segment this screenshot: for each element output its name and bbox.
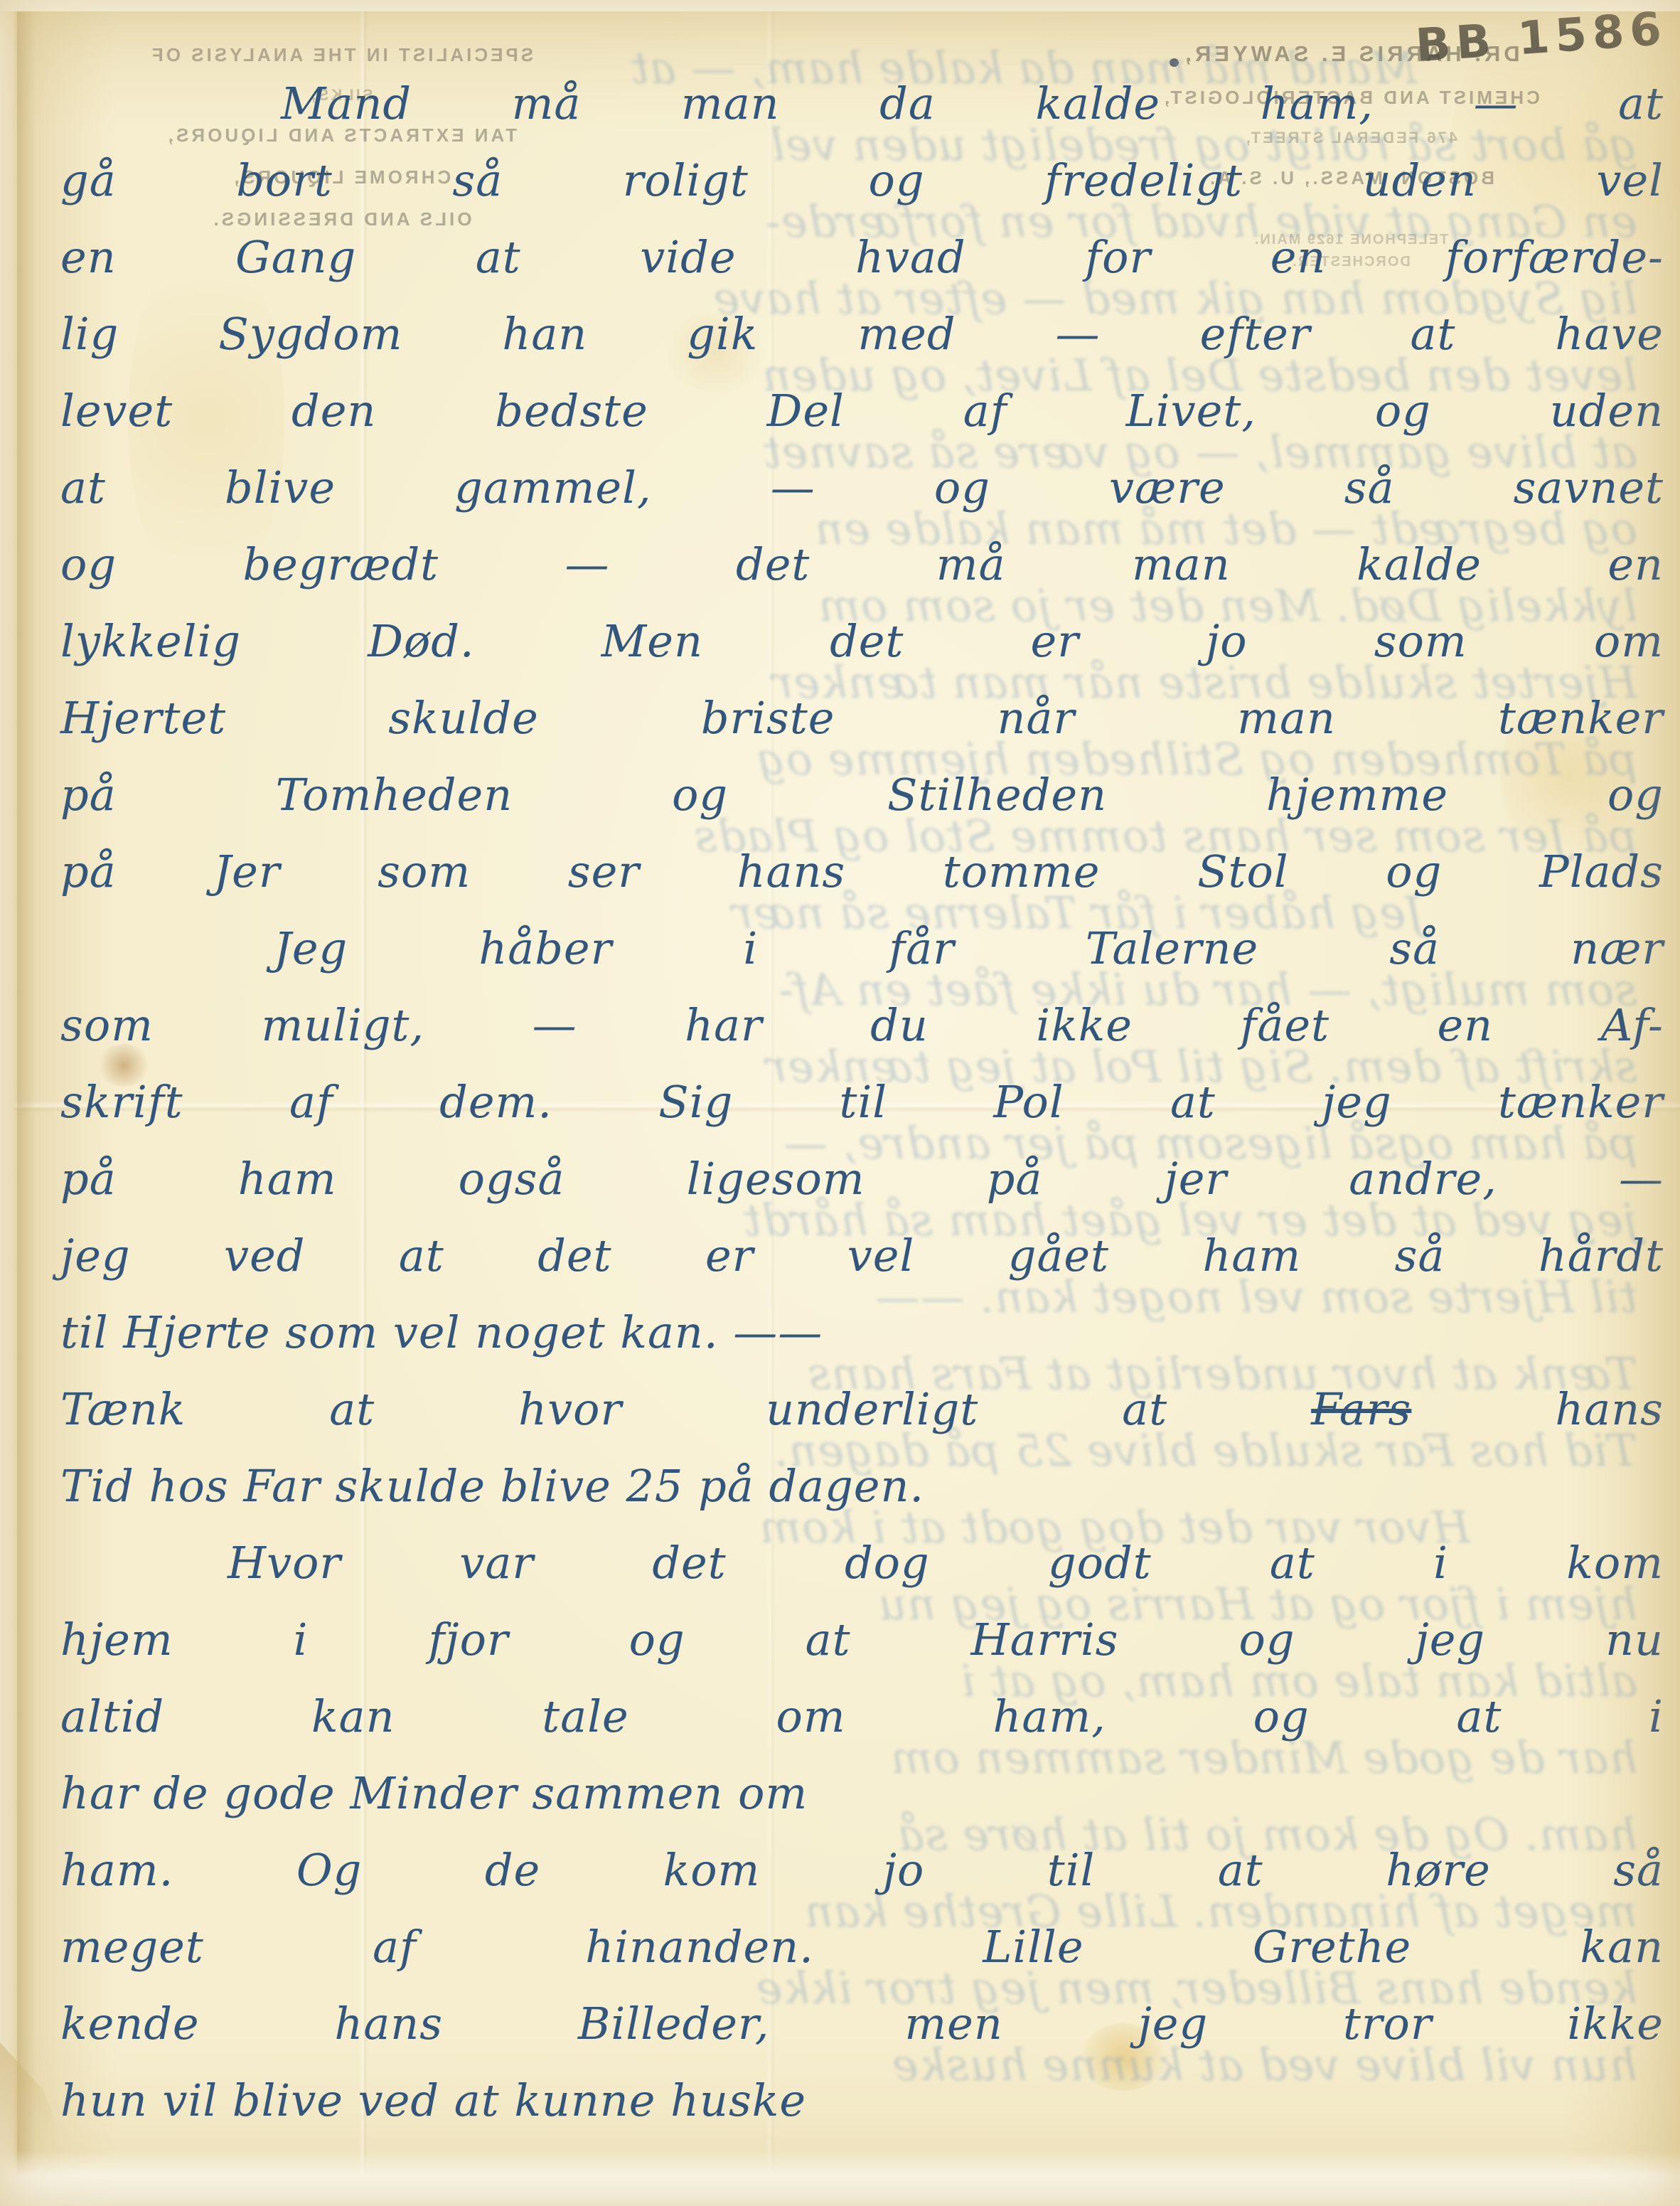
letter-line: lykkelig Død. Men det er jo som om — [60, 603, 1664, 680]
letter-text: Tænk at hvor underligt at — [60, 1383, 1311, 1435]
letter-line: til Hjerte som vel noget kan. —— — [60, 1294, 1664, 1371]
letter-page: SPECIALIST IN THE ANALYSIS OFSILKS,TAN E… — [0, 0, 1680, 2206]
letter-line: hun vil blive ved at kunne huske — [60, 2062, 1664, 2139]
letter-line: Tænk at hvor underligt at Fars hans — [60, 1371, 1664, 1448]
letter-line: skrift af dem. Sig til Pol at jeg tænker — [60, 1064, 1664, 1141]
letter-line: Tid hos Far skulde blive 25 på dagen. — [60, 1448, 1664, 1525]
letter-line: gå bort så roligt og fredeligt uden vel — [60, 142, 1664, 219]
letter-line: lig Sygdom han gik med — efter at have — [60, 296, 1664, 373]
letter-line: kende hans Billeder, men jeg tror ikke — [60, 1986, 1664, 2062]
letter-line: en Gang at vide hvad for en forfærde- — [60, 219, 1664, 296]
letter-line: og begrædt — det må man kalde en — [60, 526, 1664, 603]
letter-line: på ham også ligesom på jer andre, — — [60, 1141, 1664, 1217]
letter-line: Hvor var det dog godt at i kom — [60, 1525, 1664, 1602]
scan-edge-bottom — [0, 2151, 1680, 2206]
letter-line: altid kan tale om ham, og at i — [60, 1678, 1664, 1755]
page-edge-shadow — [17, 0, 36, 2206]
letter-line: Hjertet skulde briste når man tænker — [60, 680, 1664, 757]
letter-line: på Tomheden og Stilheden hjemme og — [60, 757, 1664, 833]
struck-word: Fars — [1311, 1383, 1411, 1435]
letter-line: Mand må man da kalde ham, — at — [60, 65, 1664, 142]
letter-line: som muligt, — har du ikke fået en Af- — [60, 987, 1664, 1064]
letter-line: at blive gammel, — og være så savnet — [60, 449, 1664, 526]
letter-text: hans — [1411, 1383, 1664, 1435]
scan-edge-left — [0, 0, 17, 2206]
letter-line: levet den bedste Del af Livet, og uden — [60, 373, 1664, 449]
letter-line: ham. Og de kom jo til at høre så — [60, 1832, 1664, 1909]
archival-number: BB 1586 — [1414, 3, 1669, 73]
letter-line: har de gode Minder sammen om — [60, 1755, 1664, 1832]
scan-edge-top — [0, 0, 1680, 11]
letter-line: jeg ved at det er vel gået ham så hårdt — [60, 1217, 1664, 1294]
letter-line: Jeg håber i får Talerne så nær — [60, 910, 1664, 987]
letterhead-line: SPECIALIST IN THE ANALYSIS OF — [121, 44, 562, 66]
letter-line: hjem i fjor og at Harris og jeg nu — [60, 1602, 1664, 1678]
letter-line: meget af hinanden. Lille Grethe kan — [60, 1909, 1664, 1986]
letter-body: Mand må man da kalde ham, — atgå bort så… — [60, 65, 1664, 2139]
letter-line: på Jer som ser hans tomme Stol og Plads — [60, 833, 1664, 910]
